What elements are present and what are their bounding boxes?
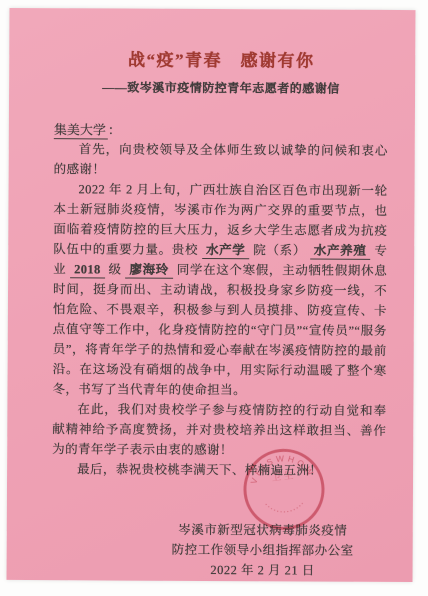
letter-title: 战“疫”青春 感谢有你 bbox=[54, 49, 388, 73]
recipient-name: 集美大学 bbox=[54, 122, 108, 139]
paragraph-greeting-thanks: 首先，向贵校领导及全体师生致以诚挚的问候和衷心的感谢！ bbox=[54, 139, 388, 181]
paragraph-main: 2022 年 2 月上旬，广西壮族自治区百色市出现新一轮本土新冠肺炎疫情，岑溪市… bbox=[52, 179, 387, 401]
blank-grade-year: 2018 bbox=[70, 262, 105, 278]
paragraph-closing-wish: 最后，恭祝贵校桃李满天下、梓楠遍五洲！ bbox=[52, 459, 386, 481]
signature-date: 2022 年 2 月 21 日 bbox=[171, 560, 353, 581]
signature-org-line1: 岑溪市新型冠状病毒肺炎疫情 bbox=[172, 520, 354, 541]
signature-org-line2: 防控工作领导小组指挥部办公室 bbox=[172, 540, 354, 561]
letter-paper: 战“疫”青春 感谢有你 ——致岑溪市疫情防控青年志愿者的感谢信 集美大学： 首先… bbox=[7, 8, 416, 582]
recipient-colon: ： bbox=[108, 122, 121, 137]
blank-major-name: 水产养殖 bbox=[310, 244, 371, 260]
letter-subtitle: ——致岑溪市疫情防控青年志愿者的感谢信 bbox=[54, 80, 388, 97]
blank-student-name: 廖海玲 bbox=[125, 263, 173, 279]
signature-block: 岑溪市新型冠状病毒肺炎疫情 防控工作领导小组指挥部办公室 2022 年 2 月 … bbox=[171, 520, 353, 581]
letter-content: 战“疫”青春 感谢有你 ——致岑溪市疫情防控青年志愿者的感谢信 集美大学： 首先… bbox=[7, 8, 416, 581]
letter-photo: 战“疫”青春 感谢有你 ——致岑溪市疫情防控青年志愿者的感谢信 集美大学： 首先… bbox=[0, 0, 428, 596]
paragraph-main-text-2: 院（系） bbox=[253, 243, 306, 257]
recipient-line: 集美大学： bbox=[54, 121, 388, 141]
blank-college-name: 水产学 bbox=[202, 243, 250, 259]
paragraph-main-text-5: 同学在这个寒假，主动牺牲假期休息时间，挺身而出、主动请战，积极投身家乡防疫一线，… bbox=[52, 263, 387, 397]
paragraph-praise: 在此，我们对贵校学子参与疫情防控的行动自觉和奉献精神给予高度赞扬，并对贵校培养出… bbox=[52, 399, 386, 461]
letter-body: 首先，向贵校领导及全体师生致以诚挚的问候和衷心的感谢！ 2022 年 2 月上旬… bbox=[52, 139, 388, 481]
paragraph-main-text-4: 级 bbox=[108, 262, 121, 276]
